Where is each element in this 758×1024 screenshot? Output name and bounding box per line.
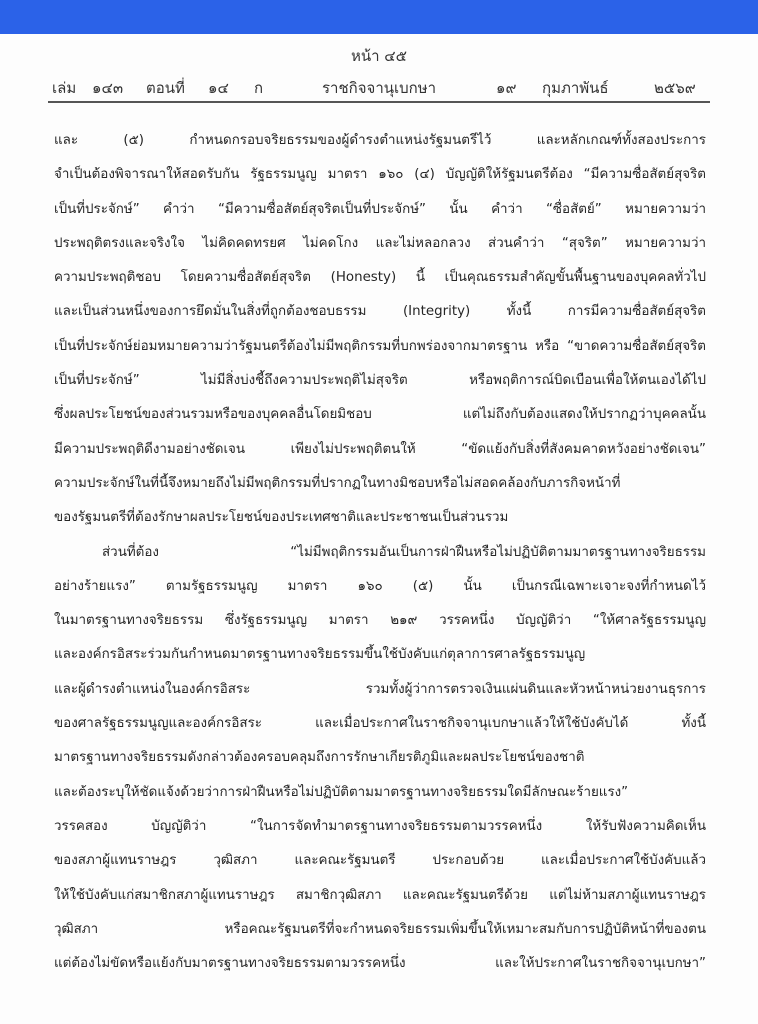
volume-number: ๑๔๓ — [92, 76, 123, 100]
header-divider — [48, 101, 710, 103]
date-day: ๑๙ — [496, 76, 517, 100]
text-line: มีความประพฤติดีงามอย่างชัดเจน เพียงไม่ปร… — [54, 433, 706, 467]
issue-label: ตอนที่ — [146, 76, 185, 100]
text-line: เป็นที่ประจักษ์” คำว่า “มีความซื่อสัตย์ส… — [54, 193, 706, 227]
paragraph-start-line: ส่วนที่ต้อง “ไม่มีพฤติกรรมอันเป็นการฝ่าฝ… — [54, 536, 706, 570]
text-line: และต้องระบุให้ชัดแจ้งด้วยว่าการฝ่าฝืนหรื… — [54, 776, 706, 810]
text-line: แต่ต้องไม่ขัดหรือแย้งกับมาตรฐานทางจริยธร… — [54, 947, 706, 981]
text-line: ในมาตรฐานทางจริยธรรม ซึ่งรัฐธรรมนูญ มาตร… — [54, 604, 706, 638]
text-line: ความประพฤติชอบ โดยความซื่อสัตย์สุจริต (H… — [54, 261, 706, 295]
gazette-name: ราชกิจจานุเบกษา — [322, 76, 436, 100]
text-line: และองค์กรอิสระร่วมกันกำหนดมาตรฐานทางจริย… — [54, 638, 706, 672]
text-line: ความประจักษ์ในที่นี้จึงหมายถึงไม่มีพฤติก… — [54, 467, 706, 501]
text-line: มาตรฐานทางจริยธรรมดังกล่าวต้องครอบคลุมถึ… — [54, 741, 706, 775]
text-line: อย่างร้ายแรง” ตามรัฐธรรมนูญ มาตรา ๑๖๐ (๕… — [54, 570, 706, 604]
top-bar — [0, 0, 758, 34]
gazette-header: เล่ม ๑๔๓ ตอนที่ ๑๔ ก ราชกิจจานุเบกษา ๑๙ … — [50, 76, 710, 98]
text-line: และเป็นส่วนหนึ่งของการยึดมั่นในสิ่งที่ถู… — [54, 295, 706, 329]
text-line: ประพฤติตรงและจริงใจ ไม่คิดคดทรยศ ไม่คดโก… — [54, 227, 706, 261]
text-line: ของรัฐมนตรีที่ต้องรักษาผลประโยชน์ของประเ… — [54, 501, 706, 535]
date-month: กุมภาพันธ์ — [542, 76, 609, 100]
page-number: หน้า ๔๕ — [0, 44, 758, 68]
text-line: วรรคสอง บัญญัติว่า “ในการจัดทำมาตรฐานทาง… — [54, 810, 706, 844]
text-line: เป็นที่ประจักษ์” ไม่มีสิ่งบ่งชี้ถึงความป… — [54, 364, 706, 398]
text-line: และผู้ดำรงตำแหน่งในองค์กรอิสระ รวมทั้งผู… — [54, 673, 706, 707]
text-line: ของสภาผู้แทนราษฎร วุฒิสภา และคณะรัฐมนตรี… — [54, 844, 706, 878]
section-letter: ก — [254, 76, 263, 100]
text-line: วุฒิสภา หรือคณะรัฐมนตรีที่จะกำหนดจริยธรร… — [54, 913, 706, 947]
document-body: และ (๕) กำหนดกรอบจริยธรรมของผู้ดำรงตำแหน… — [54, 124, 706, 981]
text-line: ซึ่งผลประโยชน์ของส่วนรวมหรือของบุคคลอื่น… — [54, 398, 706, 432]
text-line: และ (๕) กำหนดกรอบจริยธรรมของผู้ดำรงตำแหน… — [54, 124, 706, 158]
text-line: จำเป็นต้องพิจารณาให้สอดรับกัน รัฐธรรมนูญ… — [54, 158, 706, 192]
text-line: เป็นที่ประจักษ์ย่อมหมายความว่ารัฐมนตรีต้… — [54, 330, 706, 364]
date-year: ๒๕๖๙ — [654, 76, 696, 100]
issue-number: ๑๔ — [208, 76, 229, 100]
volume-label: เล่ม — [52, 76, 76, 100]
text-line: ให้ใช้บังคับแก่สมาชิกสภาผู้แทนราษฎร สมาช… — [54, 879, 706, 913]
text-line: ของศาลรัฐธรรมนูญและองค์กรอิสระ และเมื่อป… — [54, 707, 706, 741]
